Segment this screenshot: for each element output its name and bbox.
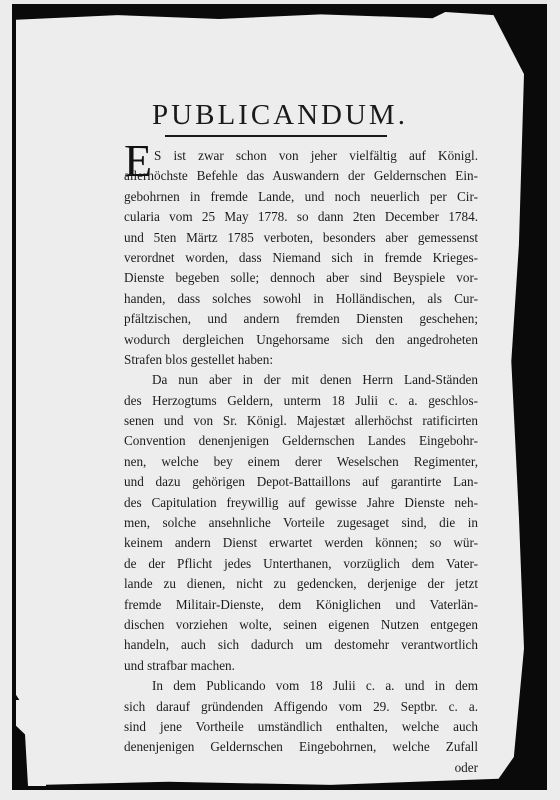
paragraph-1: E S ist zwar schon von jeher vielfältig …: [124, 146, 478, 370]
text-line: Dienste begeben solle; dennoch aber sind…: [124, 268, 478, 288]
document-body: E S ist zwar schon von jeher vielfältig …: [124, 146, 478, 778]
text-line: sind jene Vortheile umständlich enthalte…: [124, 717, 478, 737]
text-line: fremde Militair-Dienste, dem Königlichen…: [124, 595, 478, 615]
text-line: Da nun aber in der mit denen Herrn Land-…: [124, 370, 478, 390]
text-line: senen und von Sr. Königl. Majestæt aller…: [124, 411, 478, 431]
text-line: wodurch dergleichen Ungehorsame sich den…: [124, 330, 478, 350]
text-line: des Capitulation freywillig auf gewisse …: [124, 493, 478, 513]
text-line: men, solche ansehnliche Vorteile zugesag…: [124, 513, 478, 533]
text-line: und dazu gehörigen Depot-Battaillons auf…: [124, 472, 478, 492]
text-line: keinem andern Dienst erwartet werden kön…: [124, 533, 478, 553]
text-line: lande zu dienen, nicht zu gedencken, der…: [124, 574, 478, 594]
text-line: Strafen blos gestellet haben:: [124, 350, 478, 370]
scan-border-top: [0, 0, 560, 4]
text-line: handeln, auch sich dadurch um destomehr …: [124, 635, 478, 655]
text-line: Convention denenjenigen Geldernschen Lan…: [124, 431, 478, 451]
text-line: gebohrnen in fremde Lande, und noch neue…: [124, 187, 478, 207]
paper-sheet-corner: [16, 700, 46, 786]
text-line: des Herzogtums Geldern, unterm 18 Julii …: [124, 391, 478, 411]
document-title: PUBLICANDUM.: [0, 99, 560, 132]
paragraph-3: In dem Publicando vom 18 Julii c. a. und…: [124, 676, 478, 758]
text-line: allerhöchste Befehle das Auswandern der …: [124, 166, 478, 186]
text-line: handen, dass solches sowohl in Holländis…: [124, 289, 478, 309]
text-line: nen, welche bey einem derer Weselschen R…: [124, 452, 478, 472]
drop-cap: E: [124, 138, 152, 184]
text-line: denenjenigen Geldernschen Eingebohrnen, …: [124, 737, 478, 757]
title-rule: [165, 135, 387, 137]
text-line: pfältzischen, und andern fremden Dienste…: [124, 309, 478, 329]
text-line: sich darauf gründenden Affigendo vom 29.…: [124, 697, 478, 717]
catchword: oder: [124, 758, 478, 778]
scan-border-bottom: [0, 790, 560, 800]
text-line: dischen vorziehen wolte, seinen eigenen …: [124, 615, 478, 635]
text-line: und 5ten Märtz 1785 verboten, besonders …: [124, 228, 478, 248]
text-line: de der Pflicht jedes Unterthanen, vorzüg…: [124, 554, 478, 574]
text-line: In dem Publicando vom 18 Julii c. a. und…: [124, 676, 478, 696]
text-line: cularia vom 25 May 1778. so dann 2ten De…: [124, 207, 478, 227]
paragraph-2: Da nun aber in der mit denen Herrn Land-…: [124, 370, 478, 676]
text-line: S ist zwar schon von jeher vielfältig au…: [124, 146, 478, 166]
text-line: und strafbar machen.: [124, 656, 478, 676]
text-line: verordnet worden, dass Niemand sich in f…: [124, 248, 478, 268]
